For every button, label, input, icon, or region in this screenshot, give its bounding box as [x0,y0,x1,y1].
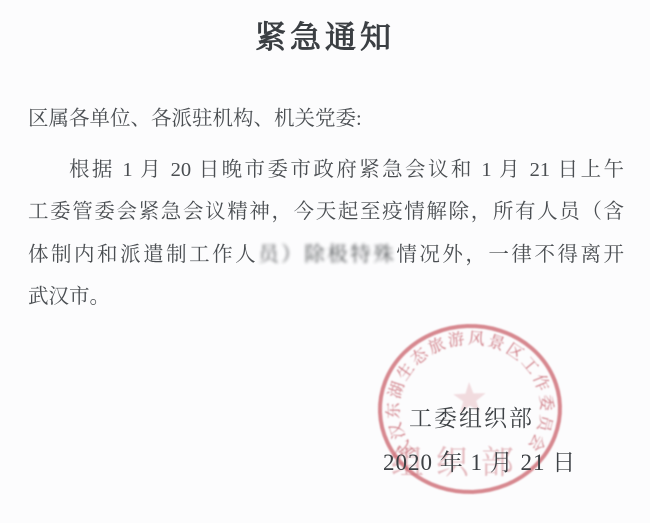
document-body: 区属各单位、各派驻机构、机关党委: 根据 1 月 20 日晚市委市政府紧急会议和… [28,98,624,319]
smudged-text: 员）除极特殊 [258,244,396,266]
paragraph-line-3-post: 情况外，一律不得离开 [396,244,624,266]
paragraph-line-3-pre: 体制内和派遣制工作人 [28,244,258,266]
signature-department: 工委组织部 [409,400,534,433]
signature-date: 2020 年 1 月 21 日 [383,444,576,477]
paragraph-line-1: 根据 1 月 20 日晚市委市政府紧急会议和 1 月 21 日上午 [28,149,624,192]
paragraph-line-4: 武汉市。 [28,276,624,319]
salutation-line: 区属各单位、各派驻机构、机关党委: [28,98,624,141]
paragraph-line-3: 体制内和派遣制工作人员）除极特殊情况外，一律不得离开 [28,234,624,277]
notice-paragraph: 根据 1 月 20 日晚市委市政府紧急会议和 1 月 21 日上午 工委管委会紧… [28,149,624,319]
paragraph-line-2: 工委管委会紧急会议精神，今天起至疫情解除，所有人员（含 [28,191,624,234]
notice-document: 紧急通知 区属各单位、各派驻机构、机关党委: 根据 1 月 20 日晚市委市政府… [0,0,650,523]
document-title: 紧急通知 [0,12,650,57]
